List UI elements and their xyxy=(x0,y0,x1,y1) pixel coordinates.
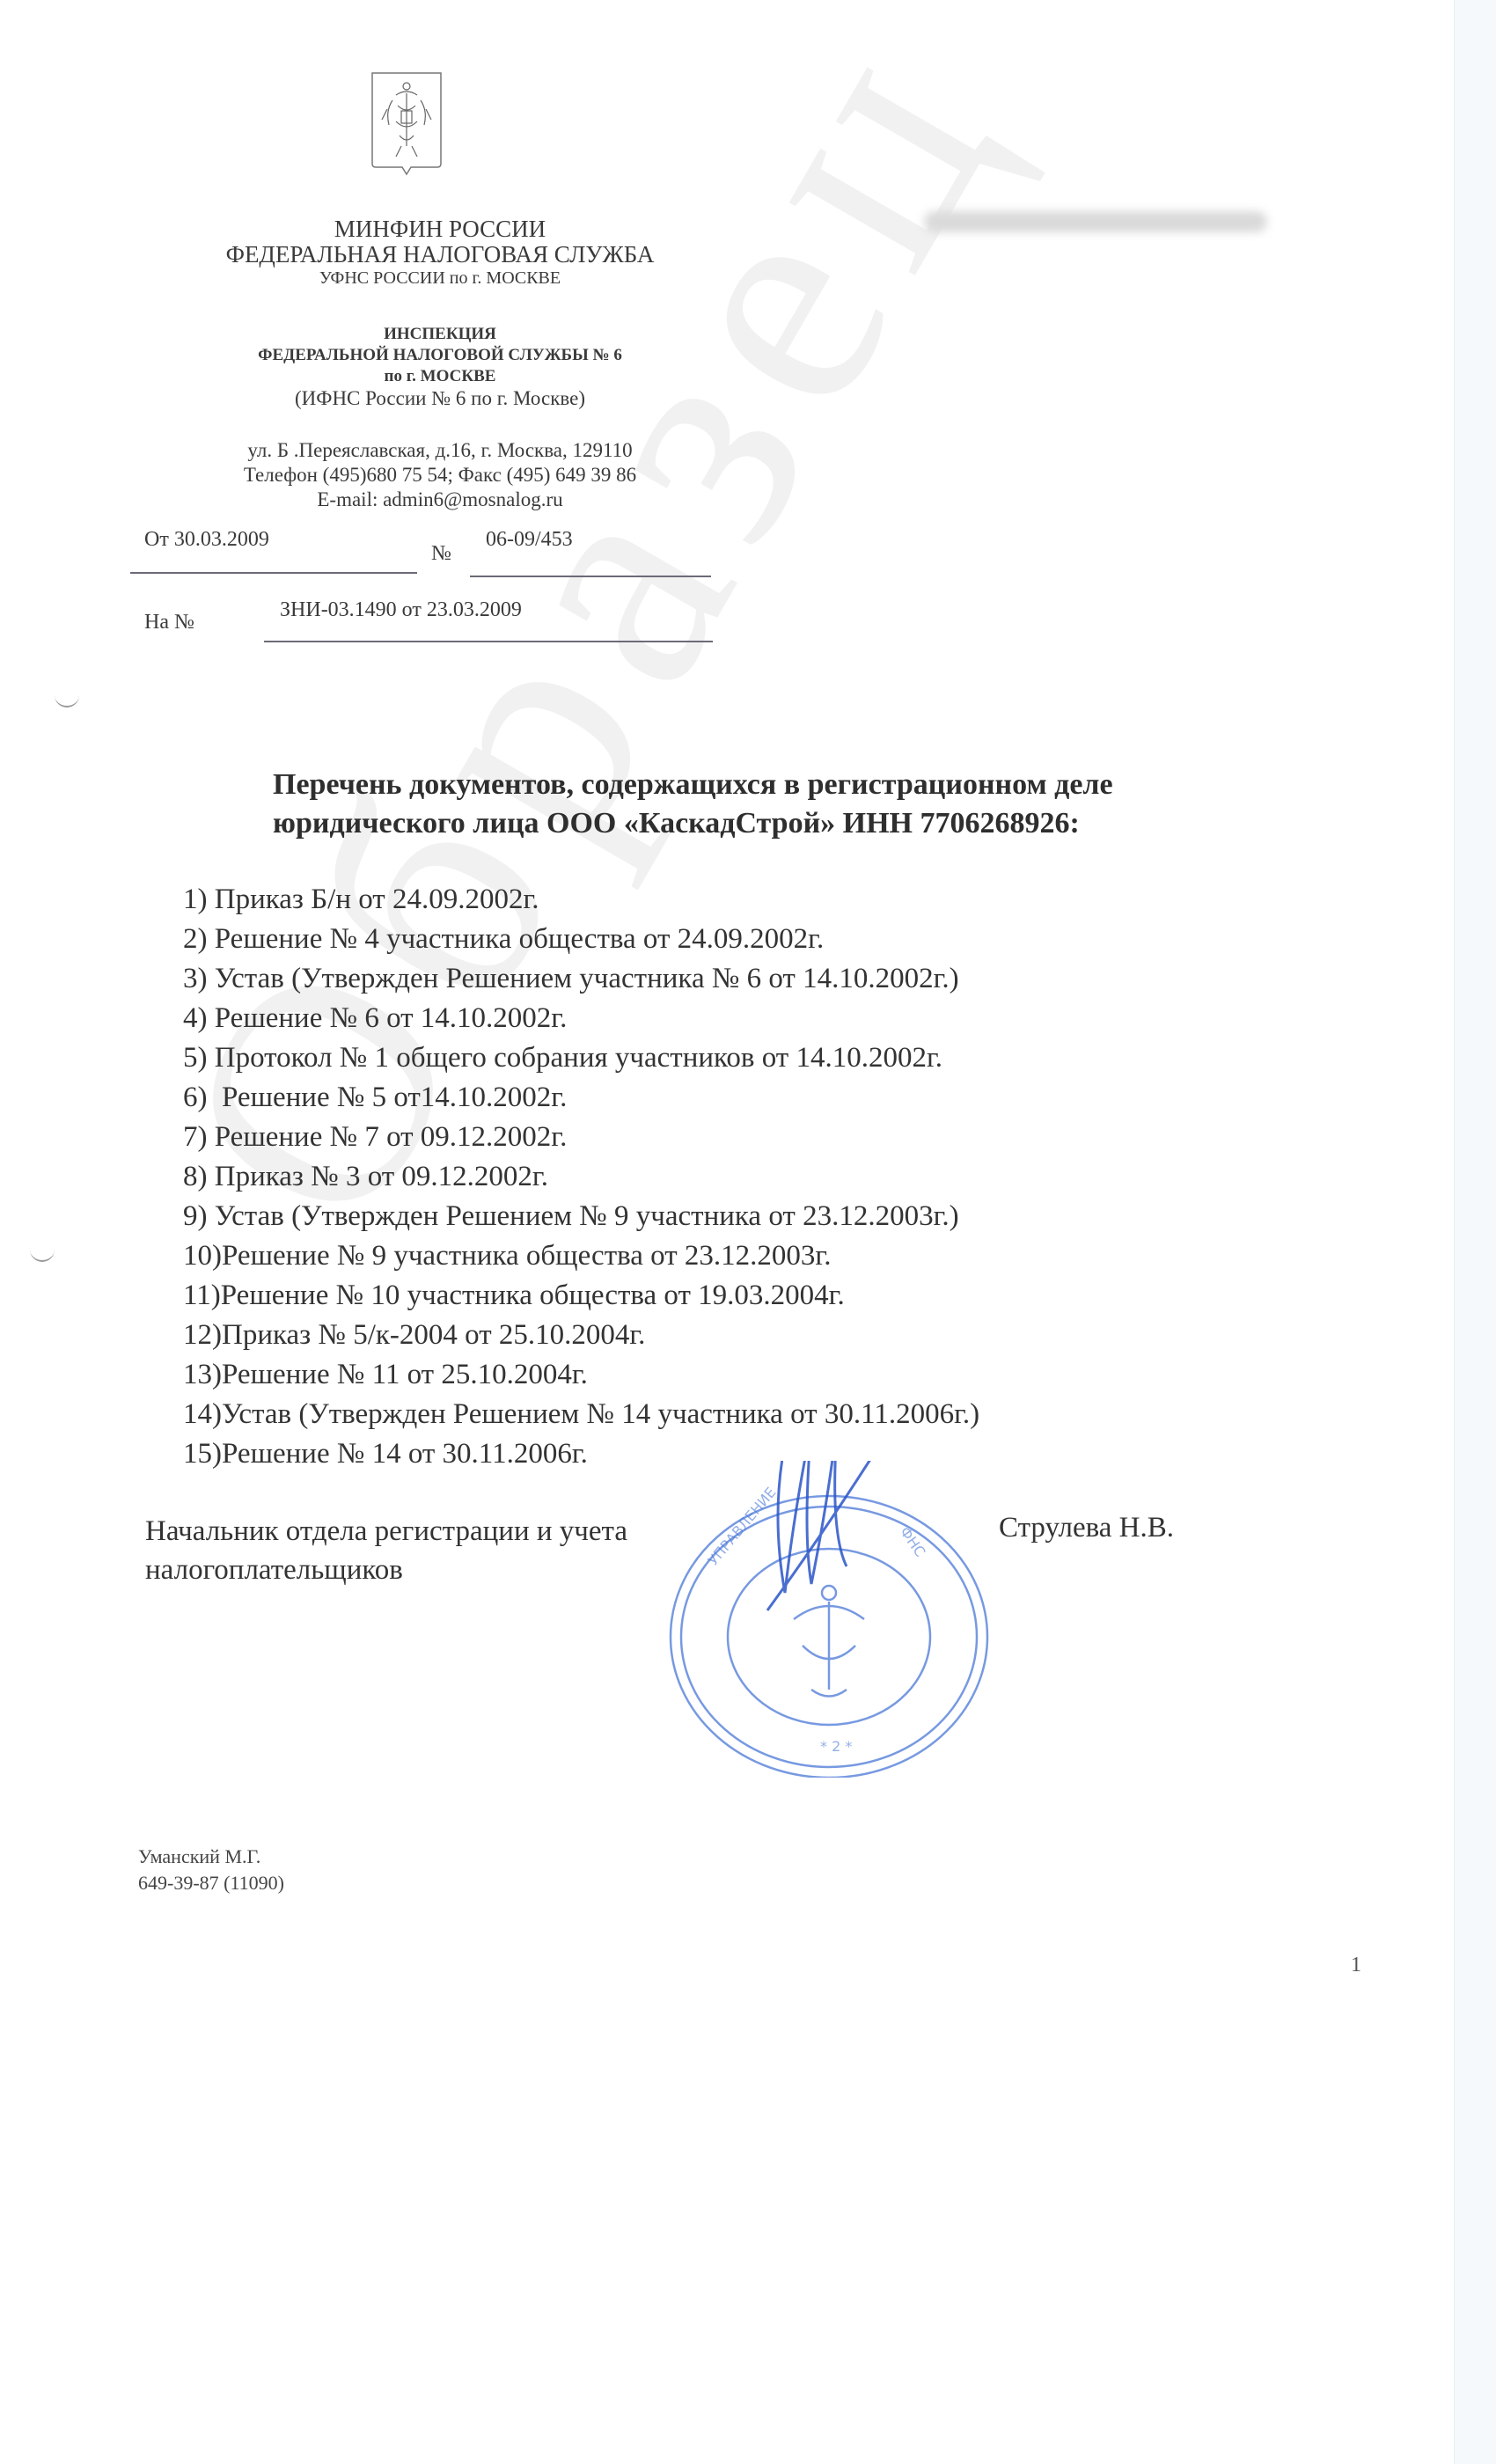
list-item: 5) Протокол № 1 общего собрания участник… xyxy=(183,1038,1239,1078)
list-item-text: Решение № 4 участника общества от 24.09.… xyxy=(208,923,825,955)
list-item-number: 5) xyxy=(183,1038,208,1078)
list-item-number: 1) xyxy=(183,880,208,920)
inspection-line3: по г. МОСКВЕ xyxy=(167,366,713,387)
contacts-block: ул. Б .Переяславская, д.16, г. Москва, 1… xyxy=(167,438,713,512)
svg-text:* 2 *: * 2 * xyxy=(820,1738,852,1755)
list-item-number: 8) xyxy=(183,1157,208,1197)
list-item-text: Решение № 9 участника общества от 23.12.… xyxy=(222,1240,831,1272)
list-item-text: Устав (Утвержден Решением № 9 участника … xyxy=(208,1200,959,1232)
date-value: 30.03.2009 xyxy=(174,528,269,551)
list-item: 11)Решение № 10 участника общества от 19… xyxy=(183,1276,1239,1316)
date-label: От xyxy=(144,528,169,551)
list-item-number: 7) xyxy=(183,1118,208,1157)
list-item-number: 12) xyxy=(183,1316,222,1355)
list-item: 13)Решение № 11 от 25.10.2004г. xyxy=(183,1355,1239,1395)
official-seal-icon: УПРАВЛЕНИЕ ФНС * 2 * xyxy=(662,1461,996,1778)
email: E-mail: admin6@mosnalog.ru xyxy=(167,488,713,512)
svg-text:ФНС: ФНС xyxy=(897,1523,929,1559)
list-item-number: 2) xyxy=(183,920,208,959)
list-item: 1) Приказ Б/н от 24.09.2002г. xyxy=(183,880,1239,920)
list-item-number: 3) xyxy=(183,959,208,999)
scan-page-edge xyxy=(1454,0,1496,2464)
title-line2: юридического лица ООО «КаскадСтрой» ИНН … xyxy=(273,804,1285,843)
list-item-text: Устав (Утвержден Решением участника № 6 … xyxy=(208,963,959,994)
list-item-text: Решение № 6 от 14.10.2002г. xyxy=(208,1002,568,1034)
list-item: 10)Решение № 9 участника общества от 23.… xyxy=(183,1236,1239,1276)
list-item-text: Устав (Утвержден Решением № 14 участника… xyxy=(222,1398,979,1430)
date-underline xyxy=(130,572,417,574)
handwritten-signature-icon xyxy=(767,1461,908,1610)
signatory-position: Начальник отдела регистрации и учета нал… xyxy=(145,1512,627,1589)
reply-label: На № xyxy=(144,611,194,634)
reply-reference: ЗНИ-03.1490 от 23.03.2009 xyxy=(280,598,522,622)
list-item-number: 6) xyxy=(183,1078,208,1118)
number-label: № xyxy=(431,542,451,566)
list-item: 9) Устав (Утвержден Решением № 9 участни… xyxy=(183,1197,1239,1236)
list-item-text: Решение № 7 от 09.12.2002г. xyxy=(208,1121,568,1153)
list-item: 14)Устав (Утвержден Решением № 14 участн… xyxy=(183,1395,1239,1434)
list-item-text: Приказ № 3 от 09.12.2002г. xyxy=(208,1161,549,1192)
list-item: 6) Решение № 5 от14.10.2002г. xyxy=(183,1078,1239,1118)
list-item-text: Приказ № 5/к-2004 от 25.10.2004г. xyxy=(222,1319,645,1351)
inspection-block: ИНСПЕКЦИЯ ФЕДЕРАЛЬНОЙ НАЛОГОВОЙ СЛУЖБЫ №… xyxy=(167,324,713,410)
department-name: УФНС РОССИИ по г. МОСКВЕ xyxy=(167,268,713,289)
reply-underline xyxy=(264,641,713,642)
list-item-text: Решение № 11 от 25.10.2004г. xyxy=(222,1359,588,1390)
signatory-name: Струлева Н.В. xyxy=(999,1512,1174,1544)
number-underline xyxy=(470,576,711,577)
list-item: 2) Решение № 4 участника общества от 24.… xyxy=(183,920,1239,959)
list-item: 4) Решение № 6 от 14.10.2002г. xyxy=(183,999,1239,1038)
list-item-text: Протокол № 1 общего собрания участников … xyxy=(208,1042,943,1074)
svg-text:УПРАВЛЕНИЕ: УПРАВЛЕНИЕ xyxy=(705,1484,780,1568)
phone-fax: Телефон (495)680 75 54; Факс (495) 649 3… xyxy=(167,463,713,488)
inspection-line2: ФЕДЕРАЛЬНОЙ НАЛОГОВОЙ СЛУЖБЫ № 6 xyxy=(167,345,713,366)
position-line1: Начальник отдела регистрации и учета xyxy=(145,1512,627,1551)
list-item-number: 13) xyxy=(183,1355,222,1395)
list-item-number: 10) xyxy=(183,1236,222,1276)
list-item-text: Приказ Б/н от 24.09.2002г. xyxy=(208,884,539,915)
coat-of-arms-icon xyxy=(370,70,444,178)
list-item-number: 4) xyxy=(183,999,208,1038)
list-item-number: 14) xyxy=(183,1395,222,1434)
executor-block: Уманский М.Г. 649-39-87 (11090) xyxy=(138,1844,284,1896)
position-line2: налогоплательщиков xyxy=(145,1551,627,1589)
list-item: 3) Устав (Утвержден Решением участника №… xyxy=(183,959,1239,999)
list-item-number: 9) xyxy=(183,1197,208,1236)
service-name: ФЕДЕРАЛЬНАЯ НАЛОГОВАЯ СЛУЖБА xyxy=(167,242,713,268)
document-title: Перечень документов, содержащихся в реги… xyxy=(273,766,1285,843)
list-item: 12)Приказ № 5/к-2004 от 25.10.2004г. xyxy=(183,1316,1239,1355)
address: ул. Б .Переяславская, д.16, г. Москва, 1… xyxy=(167,438,713,463)
outgoing-number: 06-09/453 xyxy=(486,528,573,552)
scan-artifact xyxy=(55,695,79,708)
title-line1: Перечень документов, содержащихся в реги… xyxy=(273,766,1285,804)
document-list: 1) Приказ Б/н от 24.09.2002г.2) Решение … xyxy=(183,880,1239,1474)
list-item-number: 11) xyxy=(183,1276,221,1316)
list-item-text: Решение № 14 от 30.11.2006г. xyxy=(222,1438,588,1470)
inspection-line1: ИНСПЕКЦИЯ xyxy=(167,324,713,345)
inspection-short-name: (ИФНС России № 6 по г. Москве) xyxy=(167,387,713,410)
list-item-text: Решение № 10 участника общества от 19.03… xyxy=(221,1280,845,1311)
scan-artifact xyxy=(30,1250,55,1262)
executor-name: Уманский М.Г. xyxy=(138,1844,284,1870)
list-item-number: 15) xyxy=(183,1434,222,1474)
list-item-text: Решение № 5 от14.10.2002г. xyxy=(208,1082,568,1113)
list-item: 7) Решение № 7 от 09.12.2002г. xyxy=(183,1118,1239,1157)
header-block: МИНФИН РОССИИ ФЕДЕРАЛЬНАЯ НАЛОГОВАЯ СЛУЖ… xyxy=(167,216,713,289)
ministry-name: МИНФИН РОССИИ xyxy=(167,216,713,242)
executor-phone: 649-39-87 (11090) xyxy=(138,1870,284,1896)
page-number: 1 xyxy=(1351,1954,1361,1977)
redacted-addressee xyxy=(924,211,1267,232)
outgoing-date: От 30.03.2009 xyxy=(144,528,269,552)
list-item: 8) Приказ № 3 от 09.12.2002г. xyxy=(183,1157,1239,1197)
